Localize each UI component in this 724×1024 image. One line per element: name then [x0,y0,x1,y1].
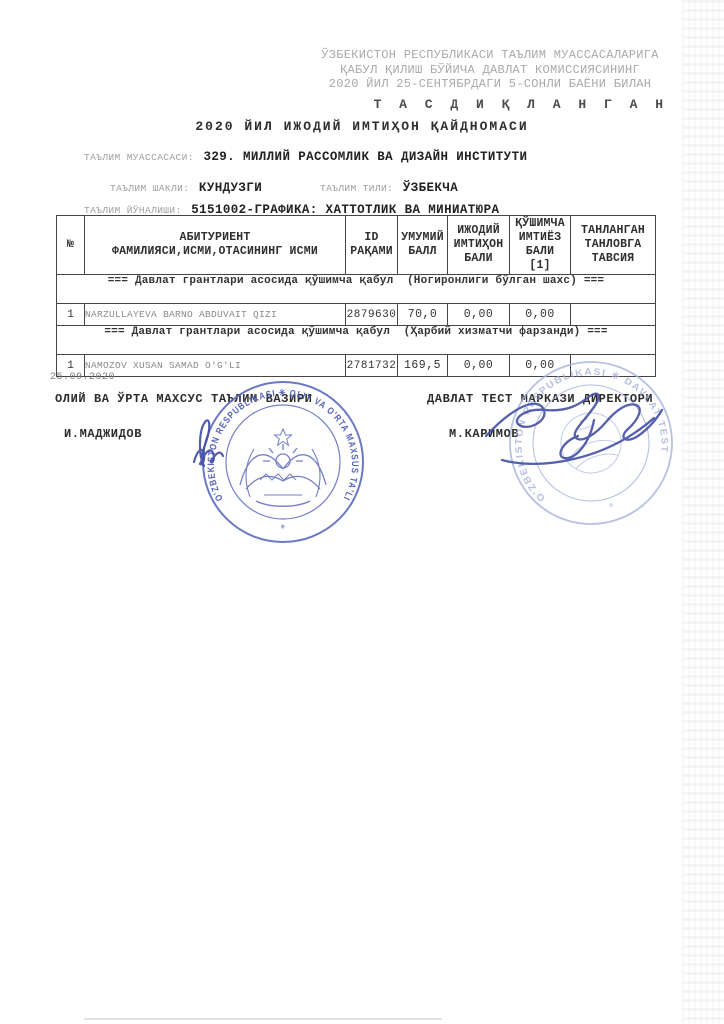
approval-line-1: ЎЗБЕКИСТОН РЕСПУБЛИКАСИ ТАЪЛИМ МУАССАСАЛ… [314,48,666,63]
row-total-score: 169,5 [398,355,448,377]
education-language-label: ТАЪЛИМ ТИЛИ: [320,183,393,194]
header-number: № [57,216,85,275]
approval-commission-block: ЎЗБЕКИСТОН РЕСПУБЛИКАСИ ТАЪЛИМ МУАССАСАЛ… [314,48,666,92]
row-applicant-name: NAMOZOV XUSAN SAMAD O'G'LI [85,355,346,377]
header-extra-privilege-score: ҚЎШИМЧА ИМТИЁЗ БАЛИ [1] [510,216,571,275]
row-bonus-score: 0,00 [510,355,571,377]
row-contest-advice [571,355,656,377]
education-language-value: ЎЗБЕКЧА [403,181,458,195]
table-header-row: № АБИТУРИЕНТ ФАМИЛИЯСИ,ИСМИ,ОТАСИНИНГ ИС… [57,216,656,275]
row-applicant-name: NARZULLAYEVA BARNO ABDUVAIT QIZI [85,304,346,326]
education-form-value: КУНДУЗГИ [199,181,262,195]
page-title: 2020 ЙИЛ ИЖОДИЙ ИМТИҲОН ҚАЙДНОМАСИ [0,119,724,134]
seal-inner-detail [559,412,622,470]
row-id-number: 2879630 [346,304,398,326]
header-total-score: УМУМИЙ БАЛЛ [398,216,448,275]
row-total-score: 70,0 [398,304,448,326]
scan-noise-texture [682,0,724,1024]
coat-of-arms-icon [240,429,326,506]
seal-bottom-mark: ✳ [607,500,616,511]
director-name: М.КАРИМОВ [449,427,519,441]
header-creative-exam-score: ИЖОДИЙ ИМТИҲОН БАЛИ [448,216,510,275]
institution-value: 329. МИЛЛИЙ РАССОМЛИК ВА ДИЗАЙН ИНСТИТУТ… [203,150,527,164]
minister-title: ОЛИЙ ВА ЎРТА МАХСУС ТАЪЛИМ ВАЗИРИ [55,392,312,406]
approval-line-2: ҚАБУЛ ҚИЛИШ БЎЙИЧА ДАВЛАТ КОМИССИЯСИНИНГ [314,63,666,78]
seal-bottom-mark: ✳ [280,522,286,532]
table-row: 1 NARZULLAYEVA BARNO ABDUVAIT QIZI 28796… [57,304,656,326]
section-title-disability: === Давлат грантлари асосида қўшимча қаб… [57,275,656,304]
header-id-number: ID РАҚАМИ [346,216,398,275]
row-bonus-score: 0,00 [510,304,571,326]
scan-edge-line [84,1018,442,1020]
approval-line-3: 2020 ЙИЛ 25-СЕНТЯБРДАГИ 5-СОНЛИ БАЁНИ БИ… [314,77,666,92]
education-language-line: ТАЪЛИМ ТИЛИ: ЎЗБЕКЧА [320,178,458,196]
section-row-military: === Давлат грантлари асосида қўшимча қаб… [57,326,656,355]
row-contest-advice [571,304,656,326]
row-exam-score: 0,00 [448,304,510,326]
minister-signature-icon [186,400,250,484]
header-selected-contest: ТАНЛАНГАН ТАНЛОВГА ТАВСИЯ [571,216,656,275]
scanned-exam-record-page: ЎЗБЕКИСТОН РЕСПУБЛИКАСИ ТАЪЛИМ МУАССАСАЛ… [0,0,724,1024]
table-row: 1 NAMOZOV XUSAN SAMAD O'G'LI 2781732 169… [57,355,656,377]
section-title-military: === Давлат грантлари асосида қўшимча қаб… [57,326,656,355]
test-center-director-title: ДАВЛАТ ТЕСТ МАРКАЗИ ДИРЕКТОРИ [427,392,653,406]
institution-label: ТАЪЛИМ МУАССАСАСИ: [84,152,194,163]
row-number: 1 [57,304,85,326]
education-form-label: ТАЪЛИМ ШАКЛИ: [110,183,189,194]
exam-results-table: № АБИТУРИЕНТ ФАМИЛИЯСИ,ИСМИ,ОТАСИНИНГ ИС… [56,215,656,377]
section-row-disability: === Давлат грантлари асосида қўшимча қаб… [57,275,656,304]
row-id-number: 2781732 [346,355,398,377]
approved-stamp-text: Т А С Д И Қ Л А Н Г А Н [374,97,668,112]
document-date: 25.09.2020 [50,372,115,383]
header-applicant-name: АБИТУРИЕНТ ФАМИЛИЯСИ,ИСМИ,ОТАСИНИНГ ИСМИ [85,216,346,275]
minister-name: И.МАДЖИДОВ [64,427,142,441]
institution-line: ТАЪЛИМ МУАССАСАСИ: 329. МИЛЛИЙ РАССОМЛИК… [84,147,527,165]
education-form-line: ТАЪЛИМ ШАКЛИ: КУНДУЗГИ [110,178,262,196]
row-exam-score: 0,00 [448,355,510,377]
